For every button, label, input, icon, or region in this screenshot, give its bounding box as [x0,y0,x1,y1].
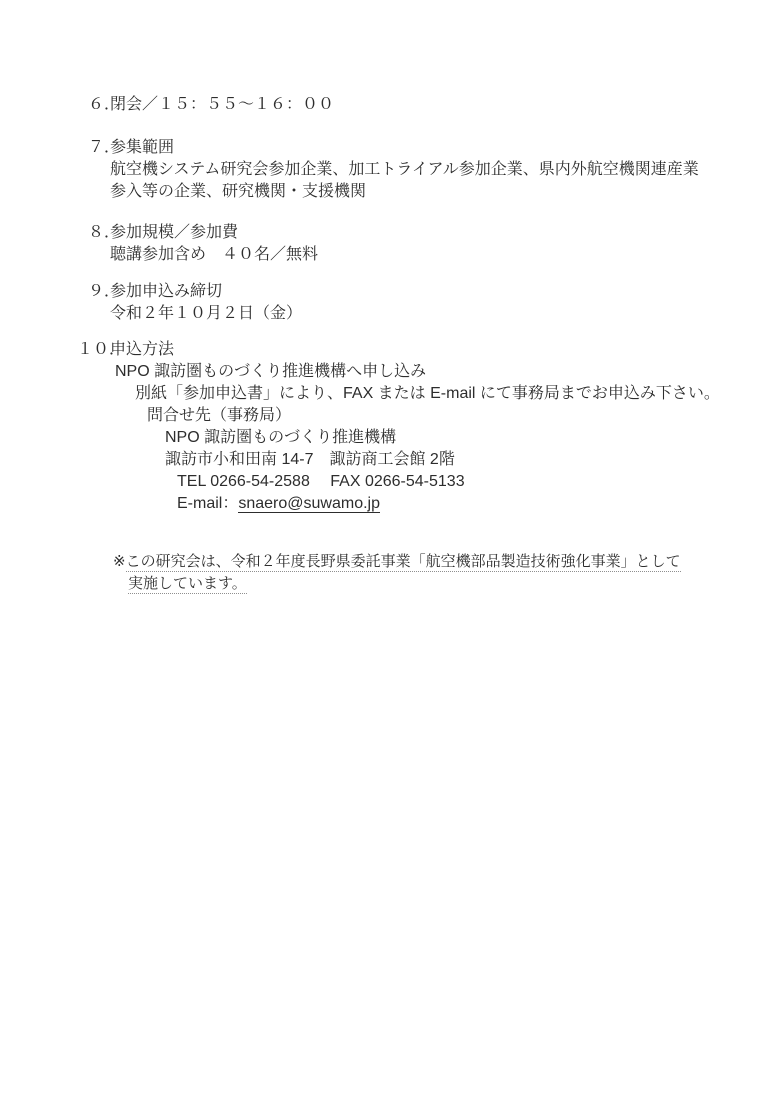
list-item-deadline: ９． 参加申込み締切 令和２年１０月２日（金） [110,281,780,325]
contact-address: 諏訪市小和田南 14-7 諏訪商工会館 2階 [165,449,780,471]
item-body-line: 航空機システム研究会参加企業、加工トライアル参加企業、県内外航空機関連産業 [110,159,780,181]
email-link[interactable]: snaero@suwamo.jp [238,495,380,513]
item-number: ６． [88,94,120,116]
document-page: ６． 閉会／１５：５５～１６：００ ７． 参集範囲 航空機システム研究会参加企業… [0,0,780,595]
item-body-line: 参入等の企業、研究機関・支援機関 [110,181,780,203]
contact-tel-fax: TEL 0266-54-2588 FAX 0266-54-5133 [177,471,780,493]
footnote-text-1: この研究会は、令和２年度長野県委託事業「航空機部品製造技術強化事業」として [126,553,681,572]
item-body-line: 聴講参加含め ４０名／無料 [110,244,780,266]
footnote-text-2: 実施しています。 [128,575,247,594]
apply-instruction-line: 別紙「参加申込書」により、FAX または E-mail にて事務局までお申込み下… [135,383,780,405]
footnote: ※この研究会は、令和２年度長野県委託事業「航空機部品製造技術強化事業」として 実… [113,551,780,595]
footnote-line-2: 実施しています。 [128,573,780,595]
item-number: ７． [88,137,120,159]
list-item-target-audience: ７． 参集範囲 航空機システム研究会参加企業、加工トライアル参加企業、県内外航空… [110,137,780,203]
item-number: ９． [88,281,120,303]
contact-email-line: E-mail：snaero@suwamo.jp [177,493,780,515]
apply-destination-line: NPO 諏訪圏ものづくり推進機構へ申し込み [115,361,780,383]
list-item-application-method: １０． 申込方法 NPO 諏訪圏ものづくり推進機構へ申し込み 別紙「参加申込書」… [110,339,780,515]
item-title-closing-time: 閉会／１５：５５～１６：００ [110,94,780,116]
footnote-marker: ※ [113,553,126,570]
contact-heading: 問合せ先（事務局） [147,405,780,427]
email-label: E-mail： [177,495,238,512]
item-title: 参集範囲 [110,137,780,159]
item-body-line: 令和２年１０月２日（金） [110,303,780,325]
list-item-closing: ６． 閉会／１５：５５～１６：００ [110,94,780,116]
item-title: 参加規模／参加費 [110,222,780,244]
item-title: 申込方法 [110,339,780,361]
contact-organization: NPO 諏訪圏ものづくり推進機構 [165,427,780,449]
item-number: １０． [77,339,125,361]
item-title: 参加申込み締切 [110,281,780,303]
item-number: ８． [88,222,120,244]
list-item-capacity-fee: ８． 参加規模／参加費 聴講参加含め ４０名／無料 [110,222,780,266]
footnote-line-1: ※この研究会は、令和２年度長野県委託事業「航空機部品製造技術強化事業」として [113,551,780,573]
